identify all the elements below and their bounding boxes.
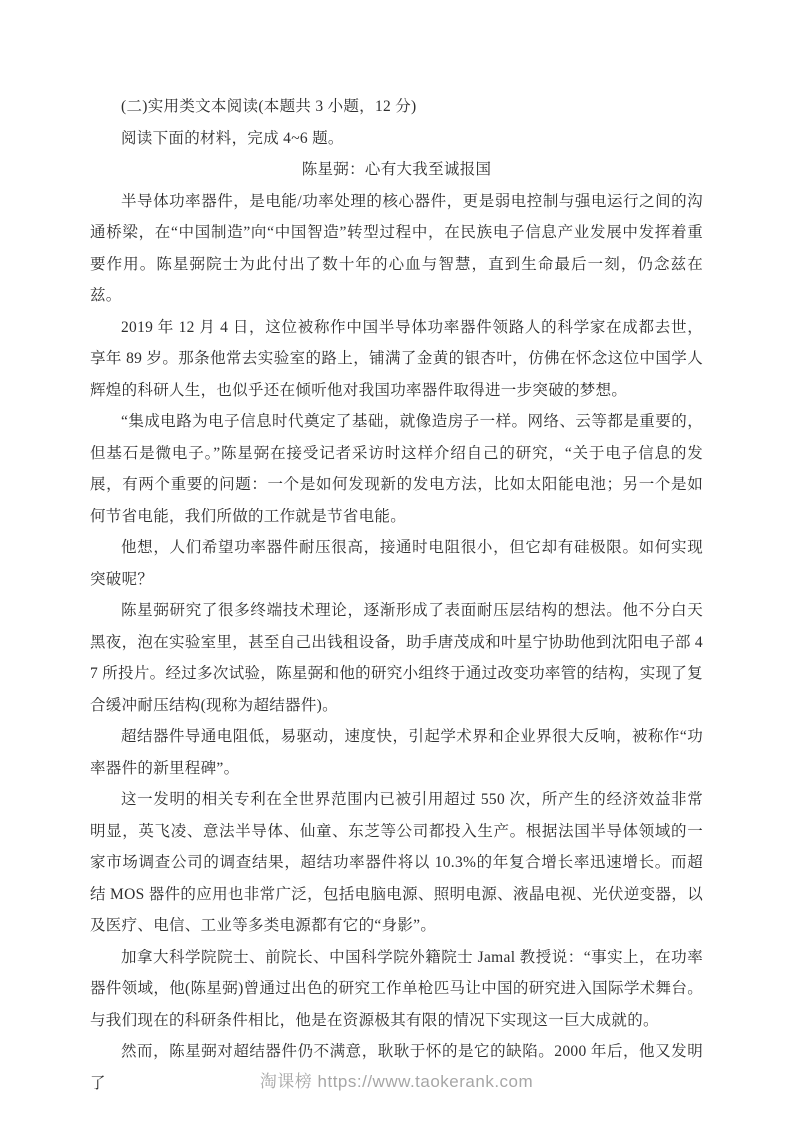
article-paragraph: 加拿大科学院院士、前院长、中国科学院外籍院士 Jamal 教授说：“事实上，在功… (90, 942, 703, 1037)
document-page: (二)实用类文本阅读(本题共 3 小题，12 分) 阅读下面的材料，完成 4~6… (0, 0, 793, 1122)
article-paragraph: 半导体功率器件，是电能/功率处理的核心器件，更是弱电控制与强电运行之间的沟通桥梁… (90, 186, 703, 312)
article-content: (二)实用类文本阅读(本题共 3 小题，12 分) 阅读下面的材料，完成 4~6… (90, 91, 703, 1099)
article-paragraph: 2019 年 12 月 4 日，这位被称作中国半导体功率器件领路人的科学家在成都… (90, 312, 703, 407)
section-header: (二)实用类文本阅读(本题共 3 小题，12 分) (90, 91, 703, 123)
reading-instruction: 阅读下面的材料，完成 4~6 题。 (90, 123, 703, 155)
article-paragraph: 他想，人们希望功率器件耐压很高，接通时电阻很小，但它却有硅极限。如何实现突破呢？ (90, 532, 703, 595)
article-paragraph: 陈星弼研究了很多终端技术理论，逐渐形成了表面耐压层结构的想法。他不分白天黑夜，泡… (90, 595, 703, 721)
article-paragraph: 超结器件导通电阻低，易驱动，速度快，引起学术界和企业界很大反响，被称作“功率器件… (90, 721, 703, 784)
watermark-footer: 淘课榜 https://www.taokerank.com (0, 1067, 793, 1092)
article-paragraph: “集成电路为电子信息时代奠定了基础，就像造房子一样。网络、云等都是重要的，但基石… (90, 406, 703, 532)
article-paragraph: 这一发明的相关专利在全世界范围内已被引用超过 550 次，所产生的经济效益非常明… (90, 784, 703, 942)
article-title: 陈星弼：心有大我至诚报国 (90, 154, 703, 186)
